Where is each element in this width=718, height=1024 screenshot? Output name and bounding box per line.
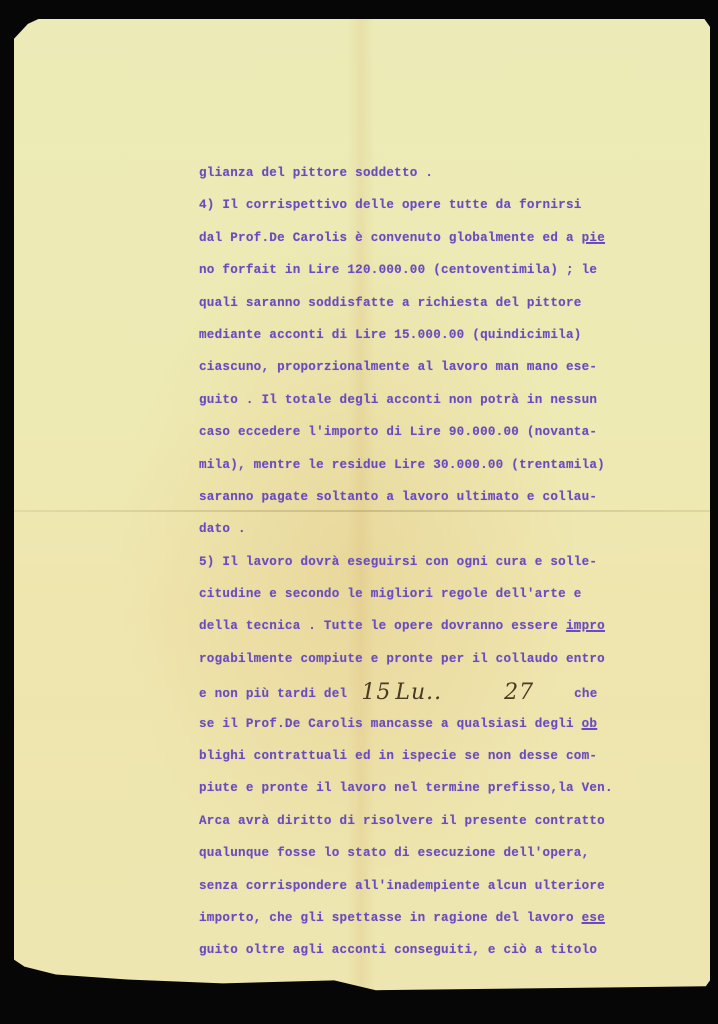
text-line: della tecnica . Tutte le opere dovranno … <box>199 610 649 642</box>
handwritten-day: 15 <box>361 680 391 705</box>
text-fragment: che <box>574 687 597 701</box>
text-line: citudine e secondo le migliori regole de… <box>199 578 649 610</box>
text-line: caso eccedere l'importo di Lire 90.000.0… <box>199 416 649 448</box>
text-line: qualunque fosse lo stato di esecuzione d… <box>199 837 649 869</box>
text-line: 5) Il lavoro dovrà eseguirsi con ogni cu… <box>199 546 649 578</box>
text-line: quali saranno soddisfatte a richiesta de… <box>199 287 649 319</box>
typewritten-text: glianza del pittore soddetto . 4) Il cor… <box>199 157 649 967</box>
text-line: se il Prof.De Carolis mancasse a qualsia… <box>199 708 649 740</box>
underlined-fragment: pie <box>582 231 605 245</box>
text-line: mediante acconti di Lire 15.000.00 (quin… <box>199 319 649 351</box>
text-line: importo, che gli spettasse in ragione de… <box>199 902 649 934</box>
text-line: 4) Il corrispettivo delle opere tutte da… <box>199 189 649 221</box>
scan-background: glianza del pittore soddetto . 4) Il cor… <box>0 0 718 1024</box>
text-line: piute e pronte il lavoro nel termine pre… <box>199 772 649 804</box>
text-line: dato . <box>199 513 649 545</box>
text-line: guito . Il totale degli acconti non potr… <box>199 384 649 416</box>
underlined-fragment: ob <box>582 717 598 731</box>
handwritten-year: 27 <box>504 680 534 705</box>
text-line: glianza del pittore soddetto . <box>199 157 649 189</box>
text-line-with-date: e non più tardi del15Lu..27che <box>199 675 649 707</box>
text-line: mila), mentre le residue Lire 30.000.00 … <box>199 449 649 481</box>
text-line: ciascuno, proporzionalmente al lavoro ma… <box>199 351 649 383</box>
underlined-fragment: impro <box>566 619 605 633</box>
text-line: blighi contrattuali ed in ispecie se non… <box>199 740 649 772</box>
underlined-fragment: ese <box>582 911 605 925</box>
text-line: guito oltre agli acconti conseguiti, e c… <box>199 934 649 966</box>
text-line: Arca avrà diritto di risolvere il presen… <box>199 805 649 837</box>
text-line: dal Prof.De Carolis è convenuto globalme… <box>199 222 649 254</box>
text-line: no forfait in Lire 120.000.00 (centovent… <box>199 254 649 286</box>
text-line: saranno pagate soltanto a lavoro ultimat… <box>199 481 649 513</box>
text-fragment: e non più tardi del <box>199 687 347 701</box>
text-line: rogabilmente compiute e pronte per il co… <box>199 643 649 675</box>
text-line: senza corrispondere all'inadempiente alc… <box>199 870 649 902</box>
handwritten-month: Lu.. <box>395 680 442 705</box>
